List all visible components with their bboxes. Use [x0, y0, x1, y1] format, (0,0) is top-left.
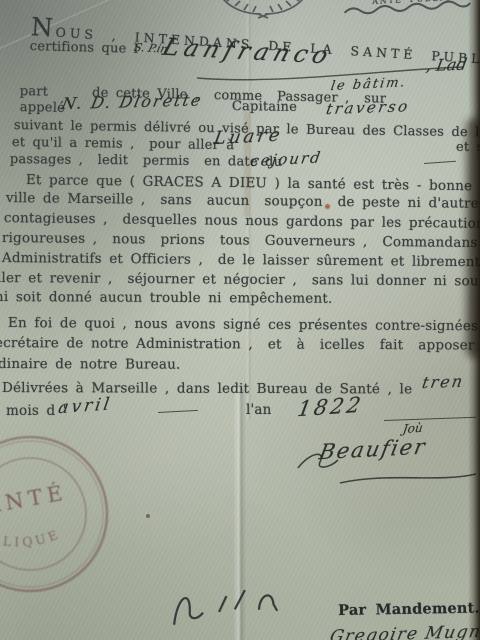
laurel-wreath-emblem-icon: [213, 0, 313, 19]
stamp-text-publique: PUBLIQUE: [0, 510, 63, 558]
body-line: En foi de quoi , nous avons signé ces pr…: [8, 315, 480, 334]
body-line: ni soit donné aucun trouble ni empêcheme…: [0, 289, 333, 307]
body-line: ecrétaire de notre Administration , et à…: [0, 335, 480, 354]
handwritten-captain-name: traverso: [325, 97, 412, 118]
word-lan: l'an: [246, 402, 272, 418]
handwritten-year: 1822: [296, 392, 366, 421]
handwritten-day: tren: [421, 372, 466, 393]
handwritten-ship-name: N. D. Dlorette: [60, 90, 204, 113]
certify-label: certifions que l: [30, 39, 139, 57]
handwritten-destination: Luare: [212, 124, 284, 149]
handwritten-month: avril: [57, 394, 114, 418]
body-line: dinaire de notre Bureau.: [0, 356, 181, 373]
signature-underline: [338, 468, 478, 488]
line-remis: et qu'il a remis , pour aller à: [12, 135, 235, 153]
line-passages: passages , ledit permis en date du: [10, 152, 282, 170]
word-capitaine: Capitaine: [232, 99, 297, 115]
signature-flourish: [296, 444, 340, 474]
photo-edge: [468, 0, 480, 640]
handwriting-flourish-line: [195, 58, 465, 84]
document-photo: ANTÉ PUBLIQUE. NOUS , INTENDANS DE LA SA…: [0, 0, 480, 640]
stamp-text-sante: SANTÉ: [0, 480, 69, 521]
sante-publique-round-stamp: SANTÉ PUBLIQUE: [0, 426, 118, 602]
paper-speck: [146, 514, 150, 518]
par-mandement-label: Par Mandement.: [338, 600, 480, 619]
stamp-text-publique-path: PUBLIQUE: [0, 510, 63, 558]
word-appele: appelé: [20, 100, 65, 116]
